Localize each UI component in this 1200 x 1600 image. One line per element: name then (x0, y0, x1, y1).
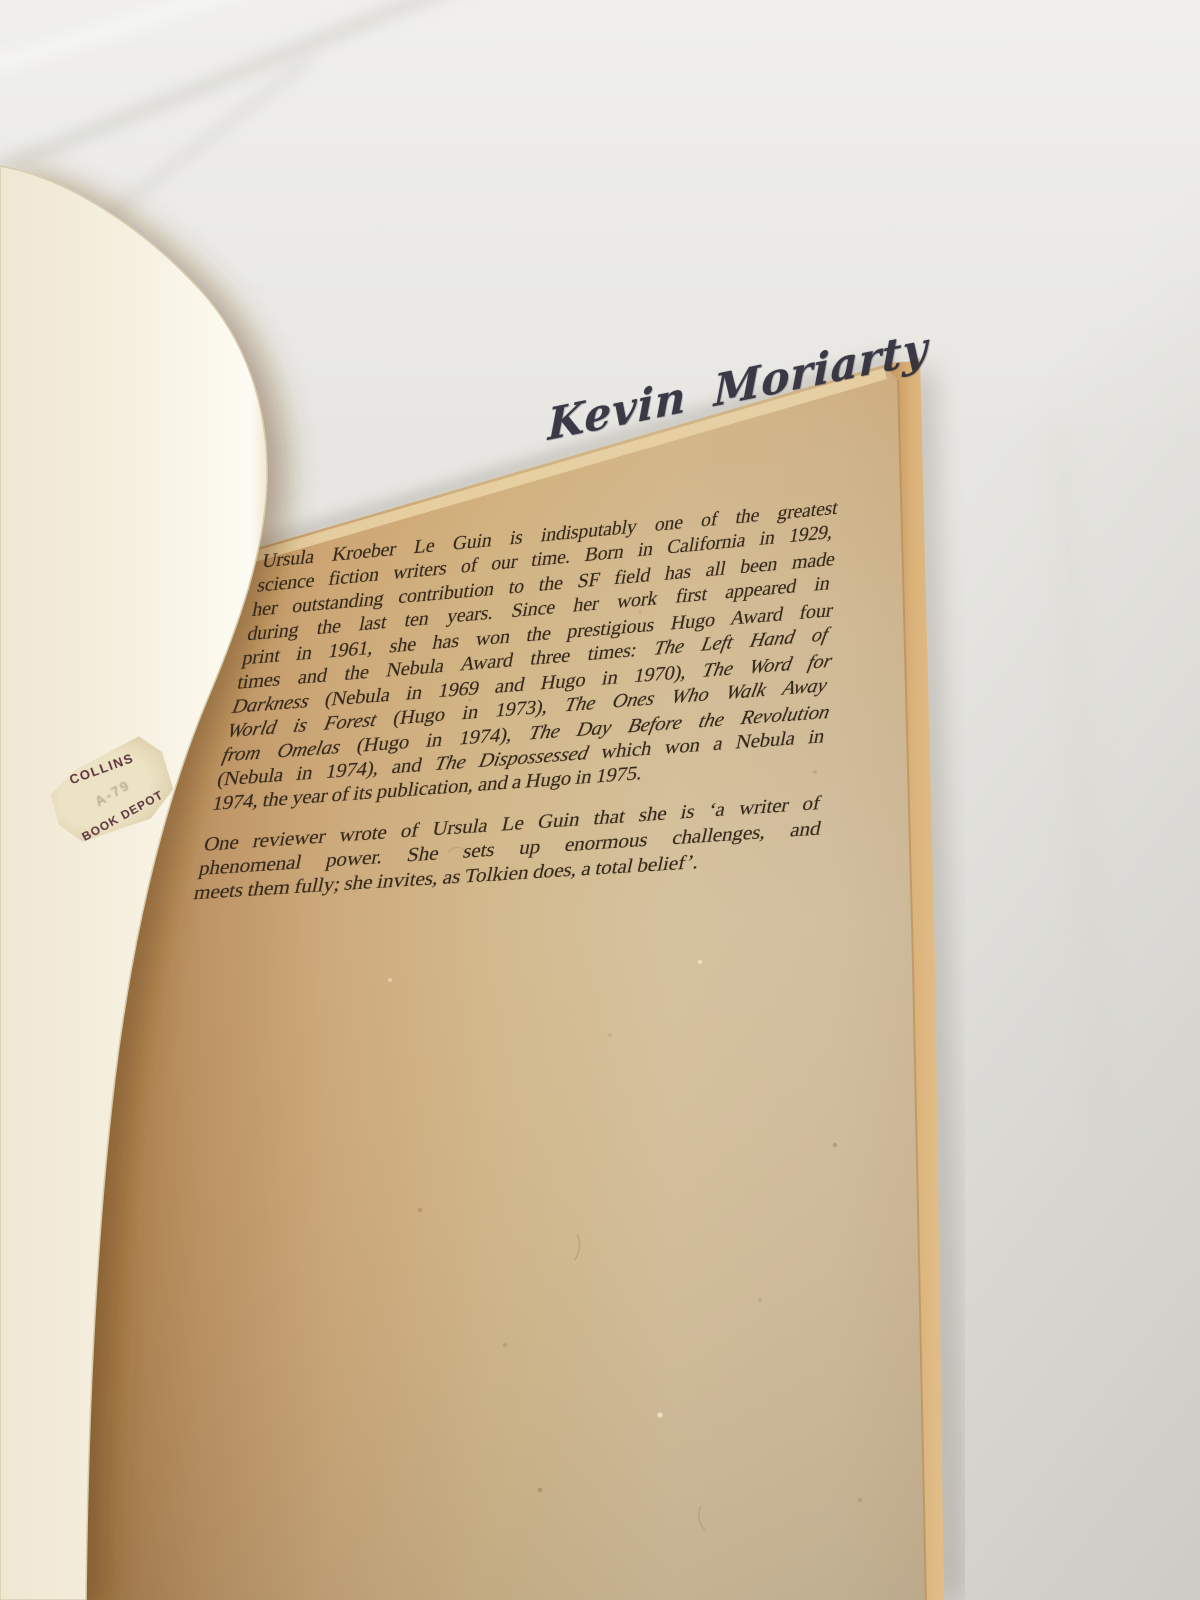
book-photo-scene: Kevin Moriarty Ursula Kroeber Le Guin is… (0, 0, 1200, 1600)
book-blurb: Ursula Kroeber Le Guin is indisputably o… (192, 505, 865, 906)
blurb-paragraph-1: Ursula Kroeber Le Guin is indisputably o… (210, 505, 865, 817)
